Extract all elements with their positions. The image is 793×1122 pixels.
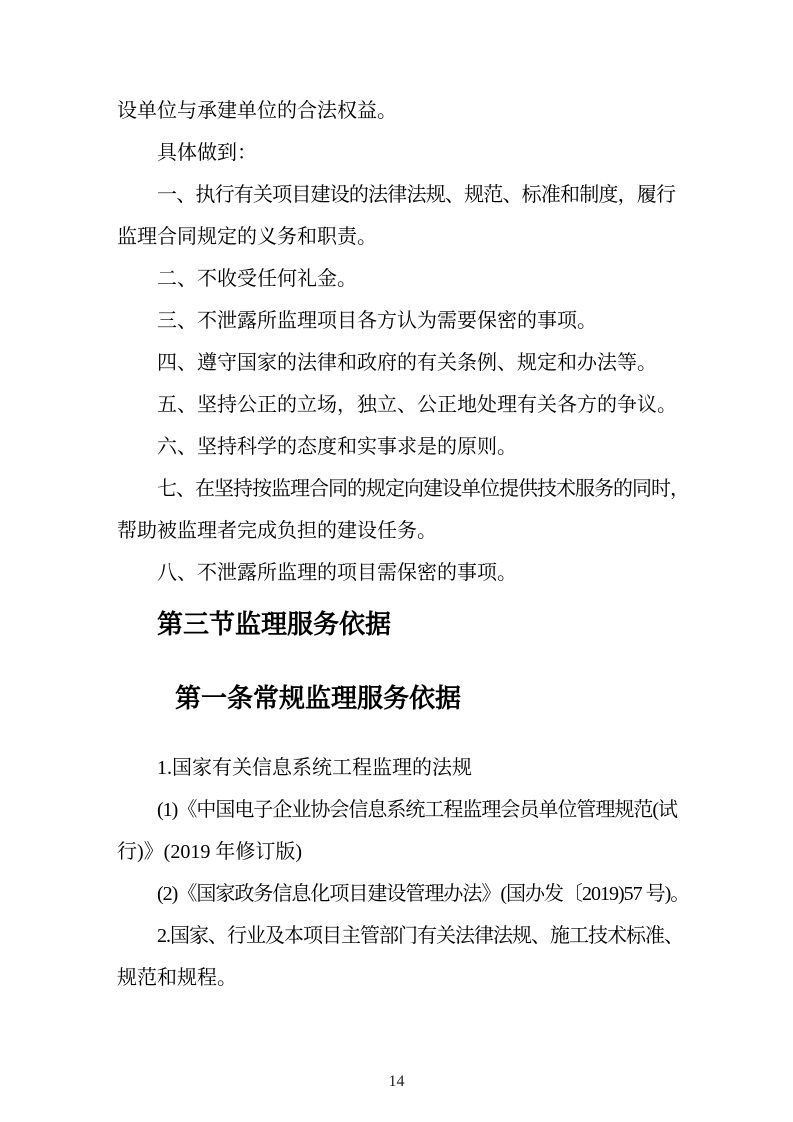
text-line: 三、不泄露所监理项目各方认为需要保密的事项。 (117, 300, 675, 342)
text-line: 设单位与承建单位的合法权益。 (117, 90, 675, 132)
page-number: 14 (0, 1072, 793, 1092)
body-text-block-legal-basis: 1.国家有关信息系统工程监理的法规 (1)《中国电子企业协会信息系统工程监理会员… (117, 747, 675, 999)
article-heading: 第一条常规监理服务依据 (175, 678, 461, 720)
text-line: (1)《中国电子企业协会信息系统工程监理会员单位管理规范(试 (117, 789, 675, 831)
text-line: 2.国家、行业及本项目主管部门有关法律法规、施工技术标准、 (117, 915, 675, 957)
text-line: 行)》(2019 年修订版) (117, 831, 675, 873)
text-line: 1.国家有关信息系统工程监理的法规 (117, 747, 675, 789)
text-line: 监理合同规定的义务和职责。 (117, 216, 675, 258)
text-line: 规范和规程。 (117, 957, 675, 999)
text-line: (2)《国家政务信息化项目建设管理办法》(国办发〔2019)57 号)。 (117, 873, 675, 915)
text-line: 五、坚持公正的立场，独立、公正地处理有关各方的争议。 (117, 384, 675, 426)
text-line: 一、执行有关项目建设的法律法规、规范、标准和制度，履行 (117, 174, 675, 216)
text-line: 七、在坚持按监理合同的规定向建设单位提供技术服务的同时， (117, 468, 675, 510)
document-page: 设单位与承建单位的合法权益。 具体做到： 一、执行有关项目建设的法律法规、规范、… (0, 0, 793, 1122)
text-line: 六、坚持科学的态度和实事求是的原则。 (117, 426, 675, 468)
text-line: 帮助被监理者完成负担的建设任务。 (117, 510, 675, 552)
section-heading: 第三节监理服务依据 (157, 604, 391, 646)
text-line: 二、不收受任何礼金。 (117, 258, 675, 300)
body-text-block-obligations: 设单位与承建单位的合法权益。 具体做到： 一、执行有关项目建设的法律法规、规范、… (117, 90, 675, 594)
text-line: 八、不泄露所监理的项目需保密的事项。 (117, 552, 675, 594)
text-line: 四、遵守国家的法律和政府的有关条例、规定和办法等。 (117, 342, 675, 384)
text-line: 具体做到： (117, 132, 675, 174)
